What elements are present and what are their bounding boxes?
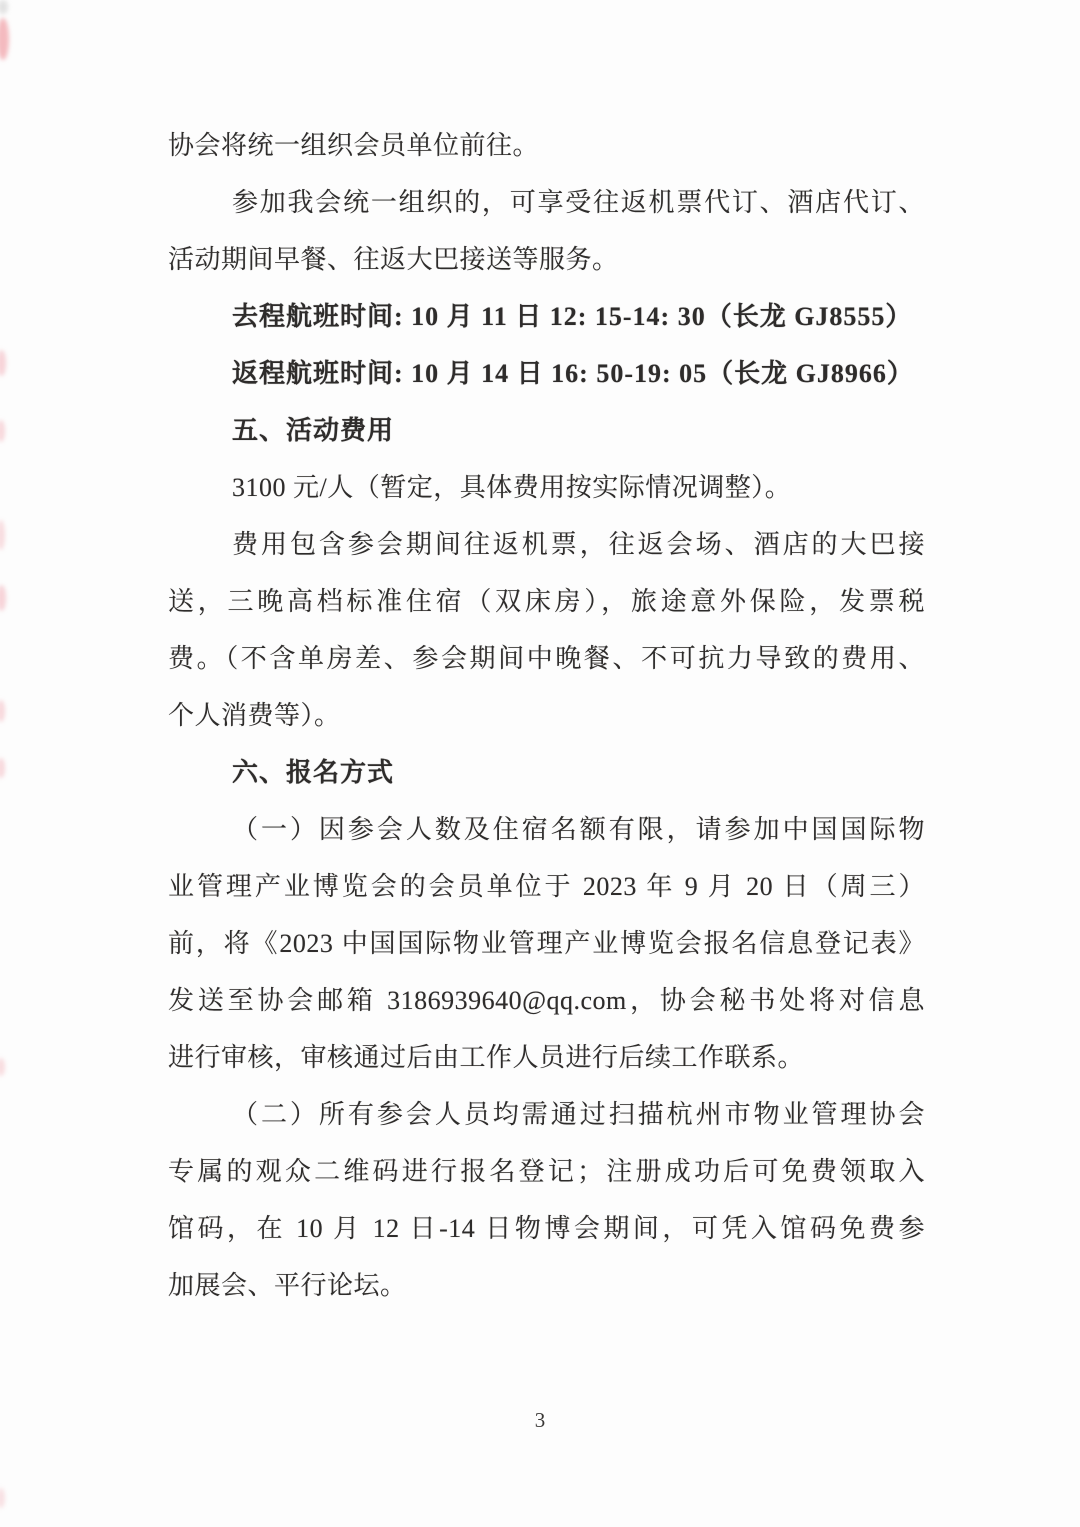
- document-body: 协会将统一组织会员单位前往。参加我会统一组织的，可享受往返机票代订、酒店代订、活…: [168, 117, 925, 1314]
- document-line: 参加我会统一组织的，可享受往返机票代订、酒店代订、: [168, 174, 925, 231]
- scan-artifact: [0, 0, 8, 14]
- document-line: 去程航班时间: 10 月 11 日 12: 15-14: 30（长龙 GJ855…: [168, 288, 925, 345]
- document-line: 送，三晚高档标准住宿（双床房），旅途意外保险，发票税: [168, 573, 925, 630]
- document-line: （二）所有参会人员均需通过扫描杭州市物业管理协会: [168, 1086, 925, 1143]
- scan-artifact: [0, 18, 9, 60]
- document-line: 费。（不含单房差、参会期间中晚餐、不可抗力导致的费用、: [168, 630, 925, 687]
- scan-artifact: [0, 1488, 5, 1508]
- document-page: 协会将统一组织会员单位前往。参加我会统一组织的，可享受往返机票代订、酒店代订、活…: [0, 0, 1080, 1527]
- scan-artifact: [0, 520, 5, 550]
- document-line: 馆码，在 10 月 12 日-14 日物博会期间，可凭入馆码免费参: [168, 1200, 925, 1257]
- document-line: 3100 元/人（暂定，具体费用按实际情况调整）。: [168, 459, 925, 516]
- document-line: 活动期间早餐、往返大巴接送等服务。: [168, 231, 925, 288]
- document-line: 前，将《2023 中国国际物业管理产业博览会报名信息登记表》: [168, 915, 925, 972]
- scan-artifact: [0, 420, 5, 442]
- document-line: 费用包含参会期间往返机票，往返会场、酒店的大巴接: [168, 516, 925, 573]
- scan-artifact: [0, 1058, 5, 1076]
- document-line: 进行审核，审核通过后由工作人员进行后续工作联系。: [168, 1029, 925, 1086]
- scan-artifact: [0, 700, 5, 722]
- document-line: 个人消费等）。: [168, 687, 925, 744]
- scan-artifact: [0, 350, 6, 376]
- scan-artifact: [0, 758, 5, 778]
- document-line: 六、报名方式: [168, 744, 925, 801]
- document-line: 返程航班时间: 10 月 14 日 16: 50-19: 05（长龙 GJ896…: [168, 345, 925, 402]
- document-line: （一）因参会人数及住宿名额有限，请参加中国国际物: [168, 801, 925, 858]
- scan-artifact: [0, 585, 6, 611]
- document-line: 协会将统一组织会员单位前往。: [168, 117, 925, 174]
- document-line: 加展会、平行论坛。: [168, 1257, 925, 1314]
- document-line: 发送至协会邮箱 3186939640@qq.com，协会秘书处将对信息: [168, 972, 925, 1029]
- document-line: 五、活动费用: [168, 402, 925, 459]
- page-number: 3: [0, 1408, 1080, 1433]
- document-line: 业管理产业博览会的会员单位于 2023 年 9 月 20 日（周三）: [168, 858, 925, 915]
- document-line: 专属的观众二维码进行报名登记；注册成功后可免费领取入: [168, 1143, 925, 1200]
